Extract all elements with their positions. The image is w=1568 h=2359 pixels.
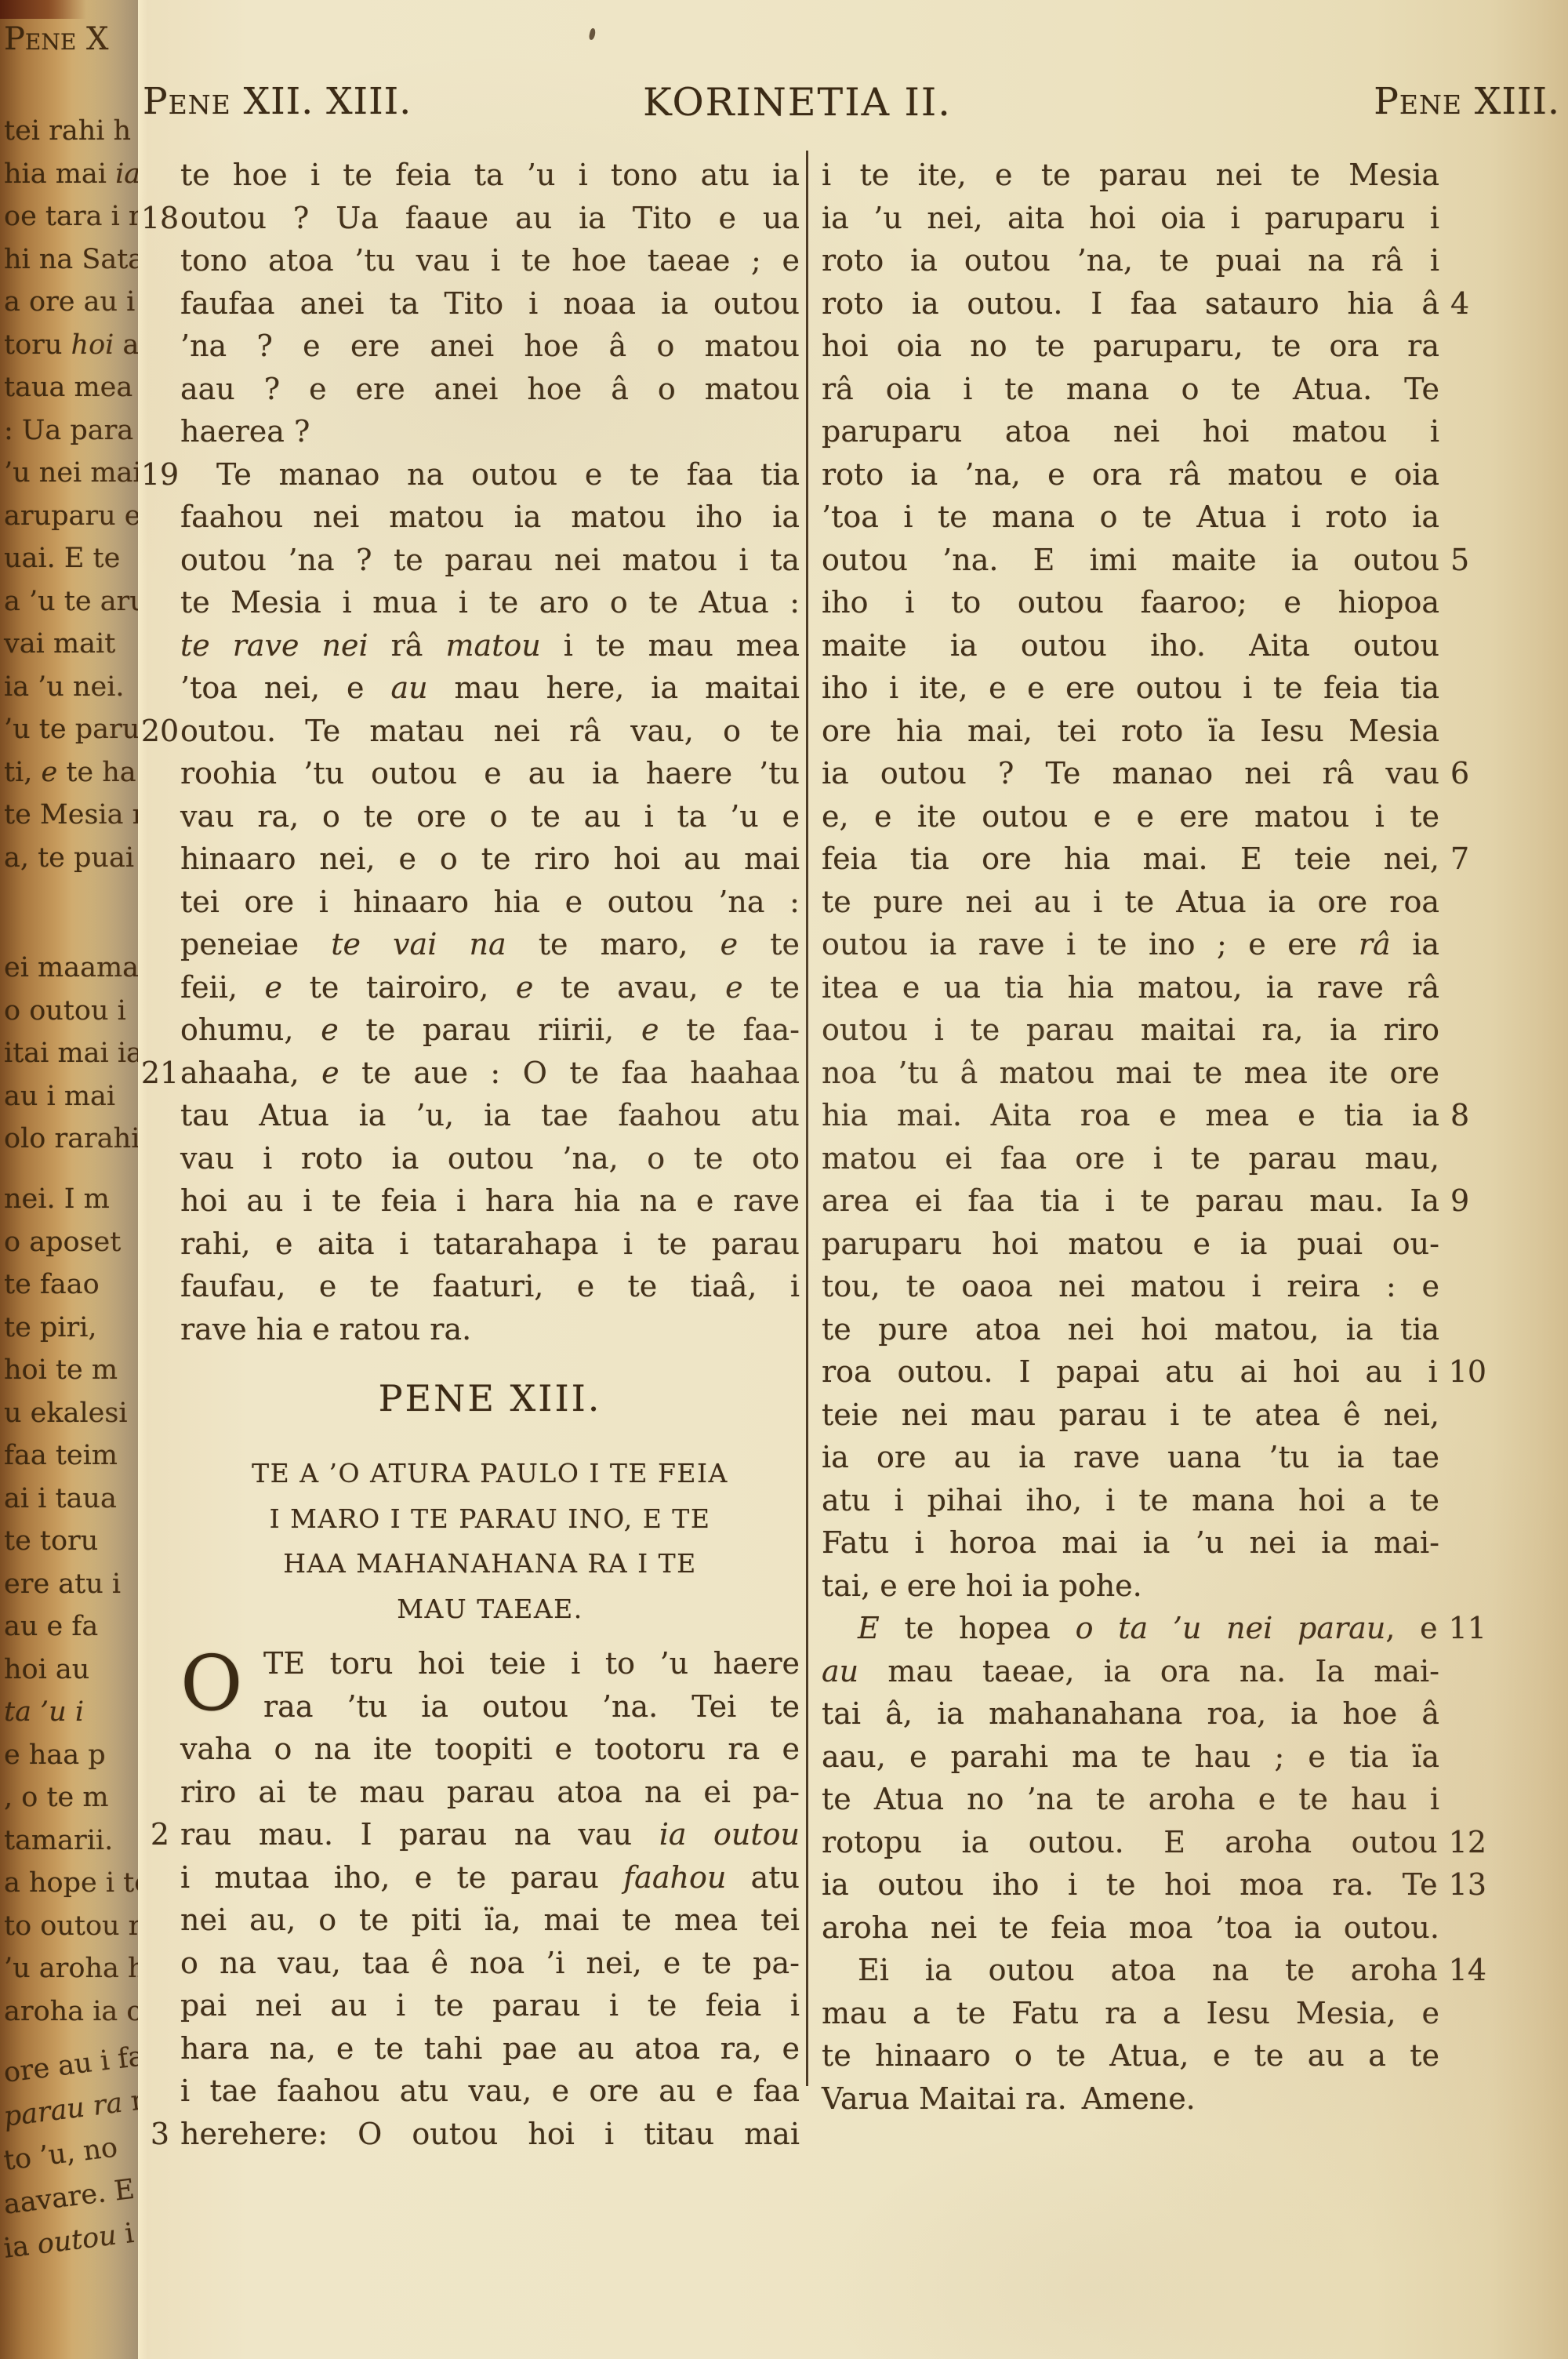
verse-number-slot xyxy=(140,923,180,966)
text-line-row: e, e ite outou e e ere matou i te xyxy=(822,795,1486,838)
text-line-row: outou ia rave i te ino ; e ere râ ia xyxy=(822,923,1486,966)
verse-number-slot xyxy=(140,1223,180,1266)
verse-number: 19 xyxy=(140,453,180,496)
verse-text: paruparu atoa nei hoi matou i xyxy=(822,410,1439,453)
text-line-row: te pure nei au i te Atua ia ore roa xyxy=(822,881,1486,924)
text-line-row: ’toa nei, e au mau here, ia maitai xyxy=(140,667,800,710)
verse-text: tei ore i hinaaro hia e outou ’na : xyxy=(180,881,800,924)
text-line-row: roohia ’tu outou e au ia haere ’tu xyxy=(140,752,800,795)
running-head-title: KORINETIA II. xyxy=(643,80,952,125)
verse-number-slot xyxy=(1439,239,1486,282)
text-line-row: noa ’tu â matou mai te mea ite ore xyxy=(822,1052,1486,1095)
text-line-row: tau Atua ia ’u, ia tae faahou atu xyxy=(140,1094,800,1137)
verse-text: faahou nei matou ia matou iho ia xyxy=(180,496,800,539)
verse-number-slot xyxy=(1439,1650,1486,1693)
verse-number-slot xyxy=(1439,1992,1486,2035)
verse-number-slot xyxy=(140,325,180,368)
verse-text: outou. Te matau nei râ vau, o te xyxy=(180,710,800,753)
verse-number: 2 xyxy=(140,1813,180,1856)
column-divider-rule xyxy=(806,151,808,2086)
verse-text: outou ’na ? te parau nei matou i ta xyxy=(180,539,800,582)
text-line-row: i te ite, e te parau nei te Mesia xyxy=(822,154,1486,197)
text-line-row: faahou nei matou ia matou iho ia xyxy=(140,496,800,539)
verse-number-slot xyxy=(1439,1009,1486,1052)
text-line-row: Fatu i horoa mai ia ’u nei ia mai- xyxy=(822,1521,1486,1565)
verse-number-slot xyxy=(1439,1479,1486,1522)
verse-number-slot xyxy=(1439,581,1486,624)
text-line-row: feii, e te tairoiro, e te avau, e te xyxy=(140,966,800,1009)
verse-text: itea e ua tia hia matou, ia rave râ xyxy=(822,966,1439,1009)
verse-number-slot xyxy=(140,1094,180,1137)
verse-number: 11 xyxy=(1438,1607,1486,1650)
chapter-summary-line: HAA MAHANAHANA RA I TE xyxy=(180,1541,800,1587)
text-line-row: roa outou. I papai atu ai hoi au i10 xyxy=(822,1350,1486,1394)
verse-number-slot xyxy=(140,368,180,411)
verse-text: te Mesia i mua i te aro o te Atua : xyxy=(180,581,800,624)
verse-text: rave hia e ratou ra. xyxy=(180,1308,800,1351)
verse-text: faufaa anei ta Tito i noaa ia outou xyxy=(180,282,800,325)
text-line-row: roto ia ’na, e ora râ matou e oia xyxy=(822,453,1486,496)
verse-text: tou, te oaoa nei matou i reira : e xyxy=(822,1265,1439,1308)
verse-number-slot xyxy=(140,1685,180,1728)
verse-text: i te ite, e te parau nei te Mesia xyxy=(822,154,1439,197)
text-line-row: faufaa anei ta Tito i noaa ia outou xyxy=(140,282,800,325)
text-line-row: nei au, o te piti ïa, mai te mea tei xyxy=(140,1899,800,1942)
verse-number-slot xyxy=(1439,154,1486,197)
text-line-row: 3herehere: O outou hoi i titau mai xyxy=(140,2113,800,2156)
verse-text: te rave nei râ matou i te mau mea xyxy=(180,624,800,667)
chapter-summary: TE A ’O ATURA PAULO I TE FEIAI MARO I TE… xyxy=(180,1451,800,1631)
text-line-row: tai â, ia mahanahana roa, ia hoe â xyxy=(822,1692,1486,1736)
verse-number-slot xyxy=(1439,966,1486,1009)
verse-number-slot xyxy=(140,1308,180,1351)
verse-number-slot xyxy=(1439,1394,1486,1437)
verse-number: 9 xyxy=(1439,1179,1486,1223)
text-line-row: ’toa i te mana o te Atua i roto ia xyxy=(822,496,1486,539)
verse-text: TE toru hoi teie i to ’u haere xyxy=(180,1642,800,1685)
text-line-row: roto ia outou. I faa satauro hia â4 xyxy=(822,282,1486,325)
text-line-row: te Atua no ’na te aroha e te hau i xyxy=(822,1778,1486,1821)
verse-number: 20 xyxy=(140,710,180,753)
verse-number-slot xyxy=(140,752,180,795)
verse-text: hoi au i te feia i hara hia na e rave xyxy=(180,1179,800,1223)
text-line-row: tono atoa ’tu vau i te hoe taeae ; e xyxy=(140,239,800,282)
verse-number-slot xyxy=(140,1856,180,1899)
verse-number-slot xyxy=(1439,1736,1486,1779)
text-line-row: roto ia outou ’na, te puai na râ i xyxy=(822,239,1486,282)
verse-number-slot xyxy=(140,838,180,881)
text-line-row: vau i roto ia outou ’na, o te oto xyxy=(140,1137,800,1180)
text-line-row: vaha o na ite toopiti e tootoru ra e xyxy=(140,1728,800,1771)
verse-text: outou i te parau maitai ra, ia riro xyxy=(822,1009,1439,1052)
text-line-row: vau ra, o te ore o te au i ta ’u e xyxy=(140,795,800,838)
verse-text: Te manao na outou e te faa tia xyxy=(180,453,800,496)
chapter-body: OTE toru hoi teie i to ’u haereraa ’tu i… xyxy=(140,1642,800,2155)
verse-text: ia outou ? Te manao nei râ vau xyxy=(822,752,1439,795)
verse-number-slot xyxy=(1439,710,1486,753)
text-line-row: paruparu atoa nei hoi matou i xyxy=(822,410,1486,453)
text-line-row: feia tia ore hia mai. E teie nei,7 xyxy=(822,838,1486,881)
verse-text: Fatu i horoa mai ia ’u nei ia mai- xyxy=(822,1521,1439,1565)
verse-number-slot xyxy=(140,1771,180,1814)
verse-text: ahaaha, e te aue : O te faa haahaa xyxy=(180,1052,800,1095)
text-line-row: ore hia mai, tei roto ïa Iesu Mesia xyxy=(822,710,1486,753)
verse-number-slot xyxy=(140,1265,180,1308)
text-line-row: outou i te parau maitai ra, ia riro xyxy=(822,1009,1486,1052)
text-line-row: hoi oia no te paruparu, te ora ra xyxy=(822,325,1486,368)
verse-number-slot xyxy=(140,624,180,667)
verse-number-slot xyxy=(1439,2034,1486,2077)
running-head-right: Pene XIII. xyxy=(1374,80,1560,123)
text-line-row: 20outou. Te matau nei râ vau, o te xyxy=(140,710,800,753)
text-line-row: rave hia e ratou ra. xyxy=(140,1308,800,1351)
verse-text: maite ia outou iho. Aita outou xyxy=(822,624,1439,667)
verse-text: faufau, e te faaturi, e te tiaâ, i xyxy=(180,1265,800,1308)
verse-number-slot xyxy=(140,881,180,924)
text-line-row: aroha nei te feia moa ’toa ia outou. xyxy=(822,1906,1486,1950)
verse-text: te hinaaro o te Atua, e te au a te xyxy=(822,2034,1439,2077)
verse-number: 4 xyxy=(1439,282,1486,325)
verse-text: ’na ? e ere anei hoe â o matou xyxy=(180,325,800,368)
verse-text: outou ia rave i te ino ; e ere râ ia xyxy=(822,923,1439,966)
verse-text: tai â, ia mahanahana roa, ia hoe â xyxy=(822,1692,1439,1736)
text-line-row: haerea ? xyxy=(140,410,800,453)
verse-text: Varua Maitai ra. Amene. xyxy=(822,2077,1439,2121)
verse-number-slot xyxy=(1439,1308,1486,1351)
text-line-row: râ oia i te mana o te Atua. Te xyxy=(822,368,1486,411)
verse-number: 10 xyxy=(1438,1350,1486,1394)
verse-number: 6 xyxy=(1439,752,1486,795)
text-line-row: i mutaa iho, e te parau faahou atu xyxy=(140,1856,800,1899)
verse-number-slot xyxy=(1439,325,1486,368)
verse-text: outou ’na. E imi maite ia outou xyxy=(822,539,1439,582)
verse-number: 21 xyxy=(140,1052,180,1095)
text-line-row: matou ei faa ore i te parau mau, xyxy=(822,1137,1486,1180)
verse-text: roto ia ’na, e ora râ matou e oia xyxy=(822,453,1439,496)
text-line-row: i tae faahou atu vau, e ore au e faa xyxy=(140,2070,800,2113)
text-line-row: hia mai. Aita roa e mea e tia ia8 xyxy=(822,1094,1486,1137)
text-line-row: rotopu ia outou. E aroha outou12 xyxy=(822,1821,1486,1864)
text-line-row: itea e ua tia hia matou, ia rave râ xyxy=(822,966,1486,1009)
verse-number-slot xyxy=(140,1984,180,2027)
verse-text: Ei ia outou atoa na te aroha xyxy=(822,1949,1438,1992)
verse-text: roto ia outou ’na, te puai na râ i xyxy=(822,239,1439,282)
verse-text: teie nei mau parau i te atea ê nei, xyxy=(822,1394,1439,1437)
chapter-summary-line: MAU TAEAE. xyxy=(180,1587,800,1632)
text-line-row: tei ore i hinaaro hia e outou ’na : xyxy=(140,881,800,924)
verse-text: herehere: O outou hoi i titau mai xyxy=(180,2113,800,2156)
running-head-left: Pene XII. XIII. xyxy=(143,80,412,123)
verse-number-slot xyxy=(140,154,180,197)
verse-text: feii, e te tairoiro, e te avau, e te xyxy=(180,966,800,1009)
verse-text: iho i to outou faaroo; e hiopoa xyxy=(822,581,1439,624)
text-line-row: 18outou ? Ua faaue au ia Tito e ua xyxy=(140,197,800,240)
text-line-row: outou ’na. E imi maite ia outou5 xyxy=(822,539,1486,582)
verse-text: atu i pihai iho, i te mana hoi a te xyxy=(822,1479,1439,1522)
verse-text: tai, e ere hoi ia pohe. xyxy=(822,1565,1439,1608)
verse-text: iho i ite, e e ere outou i te feia tia xyxy=(822,667,1439,710)
binding-fold-shadow xyxy=(72,0,138,2359)
verse-number-slot xyxy=(140,2027,180,2070)
text-line-row: Varua Maitai ra. Amene. xyxy=(822,2077,1486,2121)
text-line-row: paruparu hoi matou e ia puai ou- xyxy=(822,1223,1486,1266)
text-line-row: 21ahaaha, e te aue : O te faa haahaa xyxy=(140,1052,800,1095)
verse-text: i tae faahou atu vau, e ore au e faa xyxy=(180,2070,800,2113)
text-line-row: te hinaaro o te Atua, e te au a te xyxy=(822,2034,1486,2077)
text-line-row: ia outou iho i te hoi moa ra. Te13 xyxy=(822,1863,1486,1906)
verse-number-slot xyxy=(1439,1692,1486,1736)
verse-number-slot xyxy=(1439,667,1486,710)
text-line-row: o na vau, taa ê noa ’i nei, e te pa- xyxy=(140,1942,800,1985)
text-line-row: aau, e parahi ma te hau ; e tia ïa xyxy=(822,1736,1486,1779)
verse-number-slot xyxy=(140,2070,180,2113)
verse-number-slot xyxy=(140,581,180,624)
verse-text: outou ? Ua faaue au ia Tito e ua xyxy=(180,197,800,240)
verse-text: te pure nei au i te Atua ia ore roa xyxy=(822,881,1439,924)
verse-text: E te hopea o ta ’u nei parau, e xyxy=(822,1607,1438,1650)
page-corner-mark xyxy=(0,0,86,19)
verse-number-slot xyxy=(1439,624,1486,667)
ink-speck xyxy=(588,27,596,40)
verse-text: raa ’tu ia outou ’na. Tei te xyxy=(180,1685,800,1728)
verse-text: roohia ’tu outou e au ia haere ’tu xyxy=(180,752,800,795)
text-line-row: teie nei mau parau i te atea ê nei, xyxy=(822,1394,1486,1437)
text-line-row: hinaaro nei, e o te riro hoi au mai xyxy=(140,838,800,881)
verse-number-slot xyxy=(140,1942,180,1985)
text-line-row: maite ia outou iho. Aita outou xyxy=(822,624,1486,667)
verse-number: 14 xyxy=(1438,1949,1486,1992)
verse-number-slot xyxy=(140,667,180,710)
verse-number-slot xyxy=(140,1899,180,1942)
verse-text: ’toa i te mana o te Atua i roto ia xyxy=(822,496,1439,539)
verse-text: paruparu hoi matou e ia puai ou- xyxy=(822,1223,1439,1266)
verse-number-slot xyxy=(1439,1137,1486,1180)
verse-text: matou ei faa ore i te parau mau, xyxy=(822,1137,1439,1180)
verse-text: pai nei au i te parau i te feia i xyxy=(180,1984,800,2027)
chapter-summary-line: I MARO I TE PARAU INO, E TE xyxy=(180,1496,800,1542)
chapter-summary-line: TE A ’O ATURA PAULO I TE FEIA xyxy=(180,1451,800,1496)
verse-text: te Atua no ’na te aroha e te hau i xyxy=(822,1778,1439,1821)
verse-number-slot xyxy=(1439,1223,1486,1266)
verse-text: vaha o na ite toopiti e tootoru ra e xyxy=(180,1728,800,1771)
text-line-row: ia outou ? Te manao nei râ vau6 xyxy=(822,752,1486,795)
verse-text: riro ai te mau parau atoa na ei pa- xyxy=(180,1771,800,1814)
verse-number-slot xyxy=(1439,881,1486,924)
text-line-row: riro ai te mau parau atoa na ei pa- xyxy=(140,1771,800,1814)
verse-number-slot xyxy=(1439,1521,1486,1565)
verse-text: feia tia ore hia mai. E teie nei, xyxy=(822,838,1439,881)
verse-text: noa ’tu â matou mai te mea ite ore xyxy=(822,1052,1439,1095)
text-line-row: hara na, e te tahi pae au atoa ra, e xyxy=(140,2027,800,2070)
verse-text: haerea ? xyxy=(180,410,800,453)
verse-text: ia outou iho i te hoi moa ra. Te xyxy=(822,1863,1438,1906)
verse-text: rotopu ia outou. E aroha outou xyxy=(822,1821,1438,1864)
verse-text: roa outou. I papai atu ai hoi au i xyxy=(822,1350,1438,1394)
verse-number-slot xyxy=(1439,453,1486,496)
verse-number: 18 xyxy=(140,197,180,240)
verse-number-slot xyxy=(1439,368,1486,411)
text-line-row: hoi au i te feia i hara hia na e rave xyxy=(140,1179,800,1223)
verse-number: 12 xyxy=(1438,1821,1486,1864)
verse-number-slot xyxy=(140,410,180,453)
text-line-row: mau a te Fatu ra a Iesu Mesia, e xyxy=(822,1992,1486,2035)
verse-text: râ oia i te mana o te Atua. Te xyxy=(822,368,1439,411)
text-line-row: outou ’na ? te parau nei matou i ta xyxy=(140,539,800,582)
right-text-column: i te ite, e te parau nei te Mesiaia ’u n… xyxy=(822,154,1486,2120)
verse-number-slot xyxy=(140,282,180,325)
text-line-row: au mau taeae, ia ora na. Ia mai- xyxy=(822,1650,1486,1693)
verse-number-slot xyxy=(1439,923,1486,966)
text-line-row: te hoe i te feia ta ’u i tono atu ia xyxy=(140,154,800,197)
verse-number-slot xyxy=(140,966,180,1009)
text-line-row: iho i ite, e e ere outou i te feia tia xyxy=(822,667,1486,710)
verse-text: te pure atoa nei hoi matou, ia tia xyxy=(822,1308,1439,1351)
text-line-row: area ei faa tia i te parau mau. Ia9 xyxy=(822,1179,1486,1223)
verse-text: area ei faa tia i te parau mau. Ia xyxy=(822,1179,1439,1223)
verse-number-slot xyxy=(1439,1565,1486,1608)
verse-text: hoi oia no te paruparu, te ora ra xyxy=(822,325,1439,368)
text-line-row: 2rau mau. I parau na vau ia outou xyxy=(140,1813,800,1856)
verse-number: 3 xyxy=(140,2113,180,2156)
text-line-row: tai, e ere hoi ia pohe. xyxy=(822,1565,1486,1608)
verse-text: tau Atua ia ’u, ia tae faahou atu xyxy=(180,1094,800,1137)
verse-number-slot xyxy=(140,239,180,282)
verse-number-slot xyxy=(1439,197,1486,240)
verse-number-slot xyxy=(140,1137,180,1180)
text-line-row: faufau, e te faaturi, e te tiaâ, i xyxy=(140,1265,800,1308)
verse-number-slot xyxy=(140,1179,180,1223)
text-line-row: te pure atoa nei hoi matou, ia tia xyxy=(822,1308,1486,1351)
text-line-row: peneiae te vai na te maro, e te xyxy=(140,923,800,966)
verse-text: vau ra, o te ore o te au i ta ’u e xyxy=(180,795,800,838)
verse-text: hara na, e te tahi pae au atoa ra, e xyxy=(180,2027,800,2070)
verse-text: aau ? e ere anei hoe â o matou xyxy=(180,368,800,411)
verse-number-slot xyxy=(140,1728,180,1771)
text-line-row: iho i to outou faaroo; e hiopoa xyxy=(822,581,1486,624)
verse-text: hinaaro nei, e o te riro hoi au mai xyxy=(180,838,800,881)
verse-number: 8 xyxy=(1439,1094,1486,1137)
verse-number-slot xyxy=(1439,496,1486,539)
verse-text: aroha nei te feia moa ’toa ia outou. xyxy=(822,1906,1439,1950)
verse-text: ore hia mai, tei roto ïa Iesu Mesia xyxy=(822,710,1439,753)
verse-number-slot xyxy=(1439,1265,1486,1308)
verse-number-slot xyxy=(1439,1052,1486,1095)
verse-number-slot xyxy=(1439,410,1486,453)
text-line-row: ia ’u nei, aita hoi oia i paruparu i xyxy=(822,197,1486,240)
text-line-row: aau ? e ere anei hoe â o matou xyxy=(140,368,800,411)
verse-number-slot xyxy=(1439,1778,1486,1821)
verse-text: ia ’u nei, aita hoi oia i paruparu i xyxy=(822,197,1439,240)
verse-text: ohumu, e te parau riirii, e te faa- xyxy=(180,1009,800,1052)
text-line-row: Ei ia outou atoa na te aroha14 xyxy=(822,1949,1486,1992)
drop-cap-initial: O xyxy=(180,1645,243,1721)
verse-text: rau mau. I parau na vau ia outou xyxy=(180,1813,800,1856)
verse-text: aau, e parahi ma te hau ; e tia ïa xyxy=(822,1736,1439,1779)
left-text-column: te hoe i te feia ta ’u i tono atu ia18ou… xyxy=(140,154,800,2155)
verse-text: tono atoa ’tu vau i te hoe taeae ; e xyxy=(180,239,800,282)
text-line-row: 19Te manao na outou e te faa tia xyxy=(140,453,800,496)
text-line-row: te rave nei râ matou i te mau mea xyxy=(140,624,800,667)
text-line-row: atu i pihai iho, i te mana hoi a te xyxy=(822,1479,1486,1522)
verse-number-slot xyxy=(140,1642,180,1685)
verse-text: vau i roto ia outou ’na, o te oto xyxy=(180,1137,800,1180)
verse-text: ia ore au ia rave uana ’tu ia tae xyxy=(822,1436,1439,1479)
verse-number-slot xyxy=(1439,795,1486,838)
verse-number: 7 xyxy=(1439,838,1486,881)
verse-number-slot xyxy=(140,539,180,582)
text-line-row: ia ore au ia rave uana ’tu ia tae xyxy=(822,1436,1486,1479)
text-line-row: rahi, e aita i tatarahapa i te parau xyxy=(140,1223,800,1266)
text-line-row: E te hopea o ta ’u nei parau, e11 xyxy=(822,1607,1486,1650)
verse-number-slot xyxy=(140,795,180,838)
chapter-heading: PENE XIII. xyxy=(180,1372,800,1424)
verse-text: hia mai. Aita roa e mea e tia ia xyxy=(822,1094,1439,1137)
verse-text: mau a te Fatu ra a Iesu Mesia, e xyxy=(822,1992,1439,2035)
verse-text: i mutaa iho, e te parau faahou atu xyxy=(180,1856,800,1899)
verse-text: rahi, e aita i tatarahapa i te parau xyxy=(180,1223,800,1266)
verse-text: ’toa nei, e au mau here, ia maitai xyxy=(180,667,800,710)
text-line-row: tou, te oaoa nei matou i reira : e xyxy=(822,1265,1486,1308)
verse-text: o na vau, taa ê noa ’i nei, e te pa- xyxy=(180,1942,800,1985)
verse-number-slot xyxy=(1439,2077,1486,2121)
text-line-row: ’na ? e ere anei hoe â o matou xyxy=(140,325,800,368)
verse-text: roto ia outou. I faa satauro hia â xyxy=(822,282,1439,325)
verse-number: 13 xyxy=(1438,1863,1486,1906)
text-line-row: te Mesia i mua i te aro o te Atua : xyxy=(140,581,800,624)
text-line-row: ohumu, e te parau riirii, e te faa- xyxy=(140,1009,800,1052)
verse-number-slot xyxy=(1439,1436,1486,1479)
book-page-scan: Pene Xtei rahi hhia mai ia’oe tara i roh… xyxy=(0,0,1568,2359)
verse-number-slot xyxy=(140,1009,180,1052)
text-line-row: pai nei au i te parau i te feia i xyxy=(140,1984,800,2027)
verse-number: 5 xyxy=(1439,539,1486,582)
verse-number-slot xyxy=(140,496,180,539)
verse-text: peneiae te vai na te maro, e te xyxy=(180,923,800,966)
verse-text: nei au, o te piti ïa, mai te mea tei xyxy=(180,1899,800,1942)
verse-number-slot xyxy=(1439,1906,1486,1950)
verse-text: e, e ite outou e e ere matou i te xyxy=(822,795,1439,838)
verse-text: te hoe i te feia ta ’u i tono atu ia xyxy=(180,154,800,197)
verse-text: au mau taeae, ia ora na. Ia mai- xyxy=(822,1650,1439,1693)
